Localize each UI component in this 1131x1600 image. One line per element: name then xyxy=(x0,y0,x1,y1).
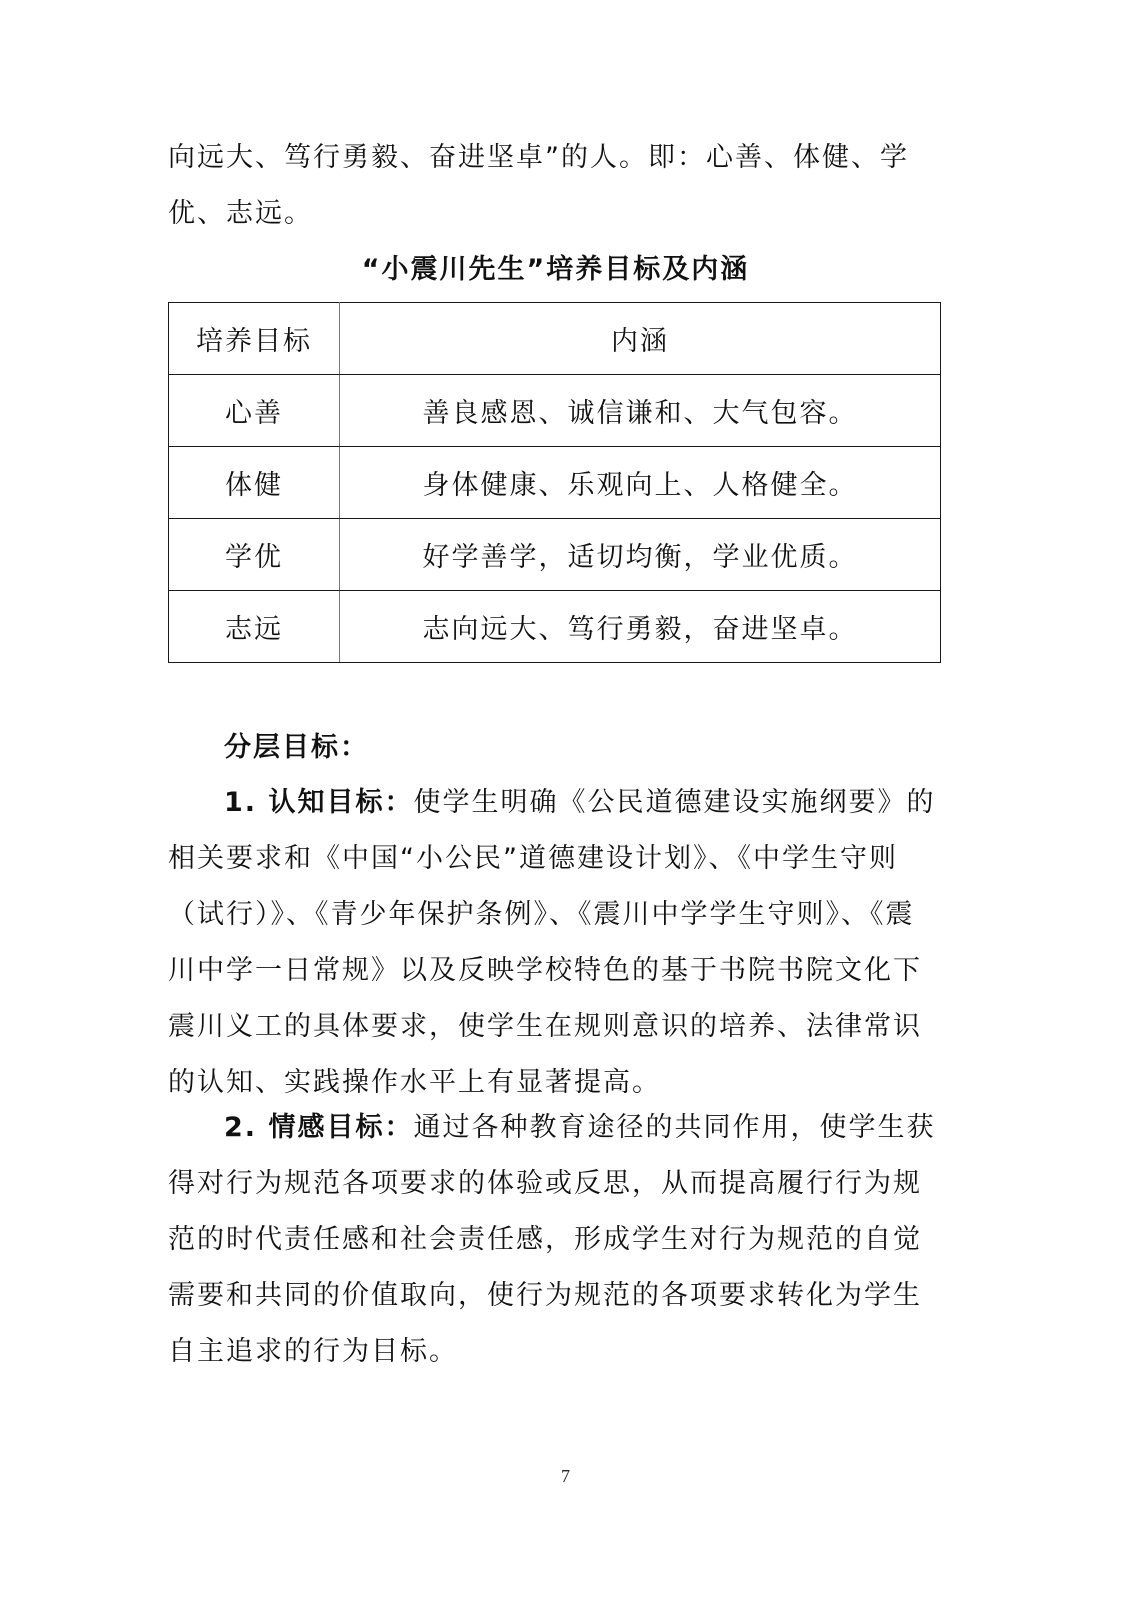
row-goal: 学优 xyxy=(169,519,340,591)
row-goal: 体健 xyxy=(169,447,340,519)
cognitive-goal-lead: 1. 认知目标： xyxy=(224,787,413,818)
table-row: 志远 志向远大、笃行勇毅，奋进坚卓。 xyxy=(169,591,941,663)
row-goal: 志远 xyxy=(169,591,340,663)
affective-goal-lead: 2. 情感目标： xyxy=(224,1112,413,1143)
row-meaning: 身体健康、乐观向上、人格健全。 xyxy=(340,447,941,519)
header-meaning: 内涵 xyxy=(340,303,941,375)
row-meaning: 好学善学，适切均衡，学业优质。 xyxy=(340,519,941,591)
header-goal: 培养目标 xyxy=(169,303,340,375)
table-row: 学优 好学善学，适切均衡，学业优质。 xyxy=(169,519,941,591)
table-row: 心善 善良感恩、诚信谦和、大气包容。 xyxy=(169,375,941,447)
page-number: 7 xyxy=(0,1466,1131,1487)
cognitive-goal-paragraph: 1. 认知目标：使学生明确《公民道德建设实施纲要》的相关要求和《中国“小公民”道… xyxy=(168,775,943,1111)
affective-goal-text: 通过各种教育途径的共同作用，使学生获得对行为规范各项要求的体验或反思，从而提高履… xyxy=(168,1112,935,1367)
document-page: 向远大、笃行勇毅、奋进坚卓”的人。即：心善、体健、学优、志远。 “小震川先生”培… xyxy=(0,0,1131,1600)
goals-table: 培养目标 内涵 心善 善良感恩、诚信谦和、大气包容。 体健 身体健康、乐观向上、… xyxy=(168,302,941,663)
section-heading-layered-goals: 分层目标： xyxy=(224,720,369,776)
table-header-row: 培养目标 内涵 xyxy=(169,303,941,375)
row-goal: 心善 xyxy=(169,375,340,447)
row-meaning: 志向远大、笃行勇毅，奋进坚卓。 xyxy=(340,591,941,663)
intro-paragraph: 向远大、笃行勇毅、奋进坚卓”的人。即：心善、体健、学优、志远。 xyxy=(168,130,943,242)
cognitive-goal-text: 使学生明确《公民道德建设实施纲要》的相关要求和《中国“小公民”道德建设计划》、《… xyxy=(168,787,935,1098)
row-meaning: 善良感恩、诚信谦和、大气包容。 xyxy=(340,375,941,447)
affective-goal-paragraph: 2. 情感目标：通过各种教育途径的共同作用，使学生获得对行为规范各项要求的体验或… xyxy=(168,1100,943,1380)
table-title: “小震川先生”培养目标及内涵 xyxy=(168,248,943,292)
table-row: 体健 身体健康、乐观向上、人格健全。 xyxy=(169,447,941,519)
